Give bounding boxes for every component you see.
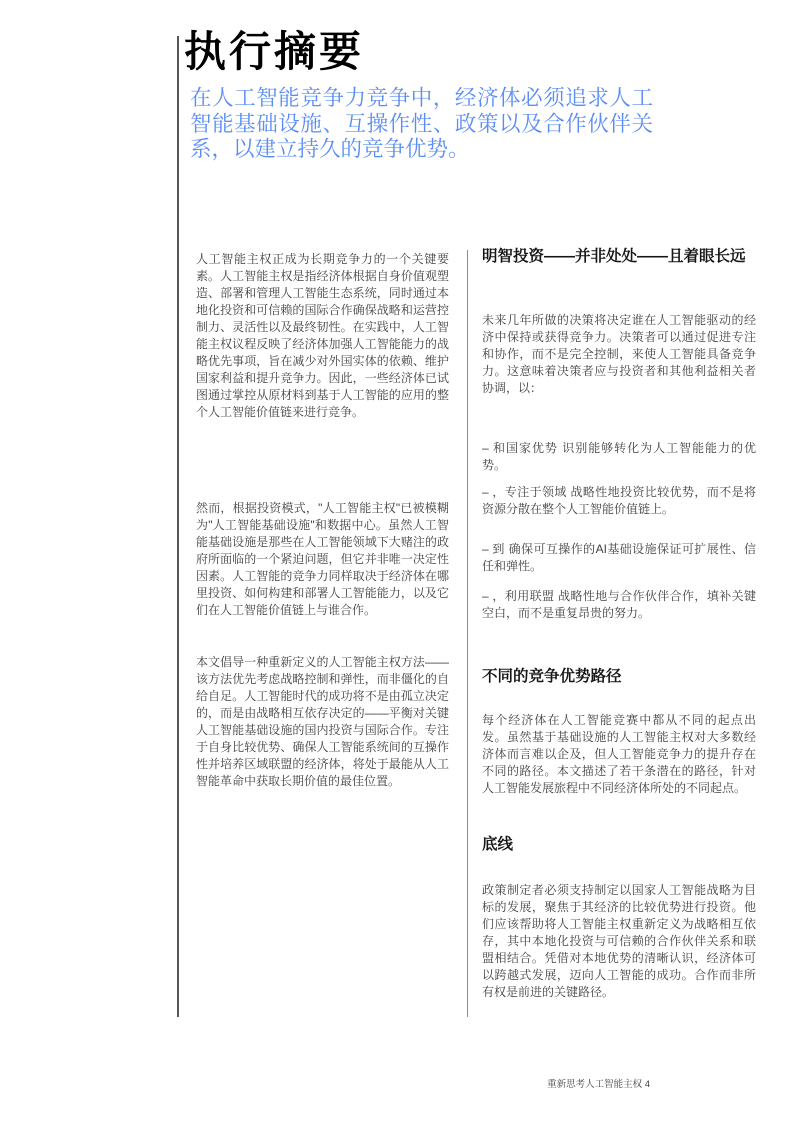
left-rule-divider — [177, 36, 179, 1017]
bullet-leverage-alliances: – ，利用联盟 战略性地与合作伙伴合作，填补关键空白，而不是重复昂贵的努力。 — [482, 588, 756, 622]
bullet-focus-domains: – ，专注于领域 战略性地投资比较优势，而不是将资源分散在整个人工智能价值链上。 — [482, 484, 756, 518]
bullet-interoperable-infrastructure: – 到 确保可互操作的AI基础设施保证可扩展性、信任和弹性。 — [482, 541, 756, 575]
section-heading-invest-smart: 明智投资——并非处处——且着眼长远 — [482, 246, 756, 267]
paragraph-redefined-approach: 本文倡导一种重新定义的人工智能主权方法——该方法优先考虑战略控制和弹性，而非僵化… — [196, 654, 449, 790]
section-heading-bottom-line: 底线 — [482, 834, 756, 855]
column-divider — [467, 250, 468, 1017]
section-heading-different-paths: 不同的竞争优势路径 — [482, 666, 756, 687]
paragraph-policymakers: 政策制定者必须支持制定以国家人工智能战略为目标的发展，聚焦于其经济的比较优势进行… — [482, 882, 756, 1001]
paragraph-decisions-ahead: 未来几年所做的决策将决定谁在人工智能驱动的经济中保持或获得竞争力。决策者可以通过… — [482, 312, 756, 397]
paragraph-ai-sovereignty-intro: 人工智能主权正成为长期竞争力的一个关键要素。人工智能主权是指经济体根据自身价值观… — [196, 251, 449, 421]
page-title: 执行摘要 — [184, 28, 604, 76]
bullet-national-advantages: – 和国家优势 识别能够转化为人工智能能力的优势。 — [482, 440, 756, 474]
page-subtitle: 在人工智能竞争力竞争中，经济体必须追求人工智能基础设施、互操作性、政策以及合作伙… — [190, 86, 653, 163]
page-footer: 重新思考人工智能主权 4 — [540, 1076, 650, 1090]
document-page: 执行摘要 在人工智能竞争力竞争中，经济体必须追求人工智能基础设施、互操作性、政策… — [0, 0, 793, 1122]
paragraph-different-starting-points: 每个经济体在人工智能竞赛中都从不同的起点出发。虽然基于基础设施的人工智能主权对大… — [482, 712, 756, 797]
paragraph-investment-patterns: 然而，根据投资模式，"人工智能主权"已被模糊为"人工智能基础设施"和数据中心。虽… — [196, 500, 449, 619]
